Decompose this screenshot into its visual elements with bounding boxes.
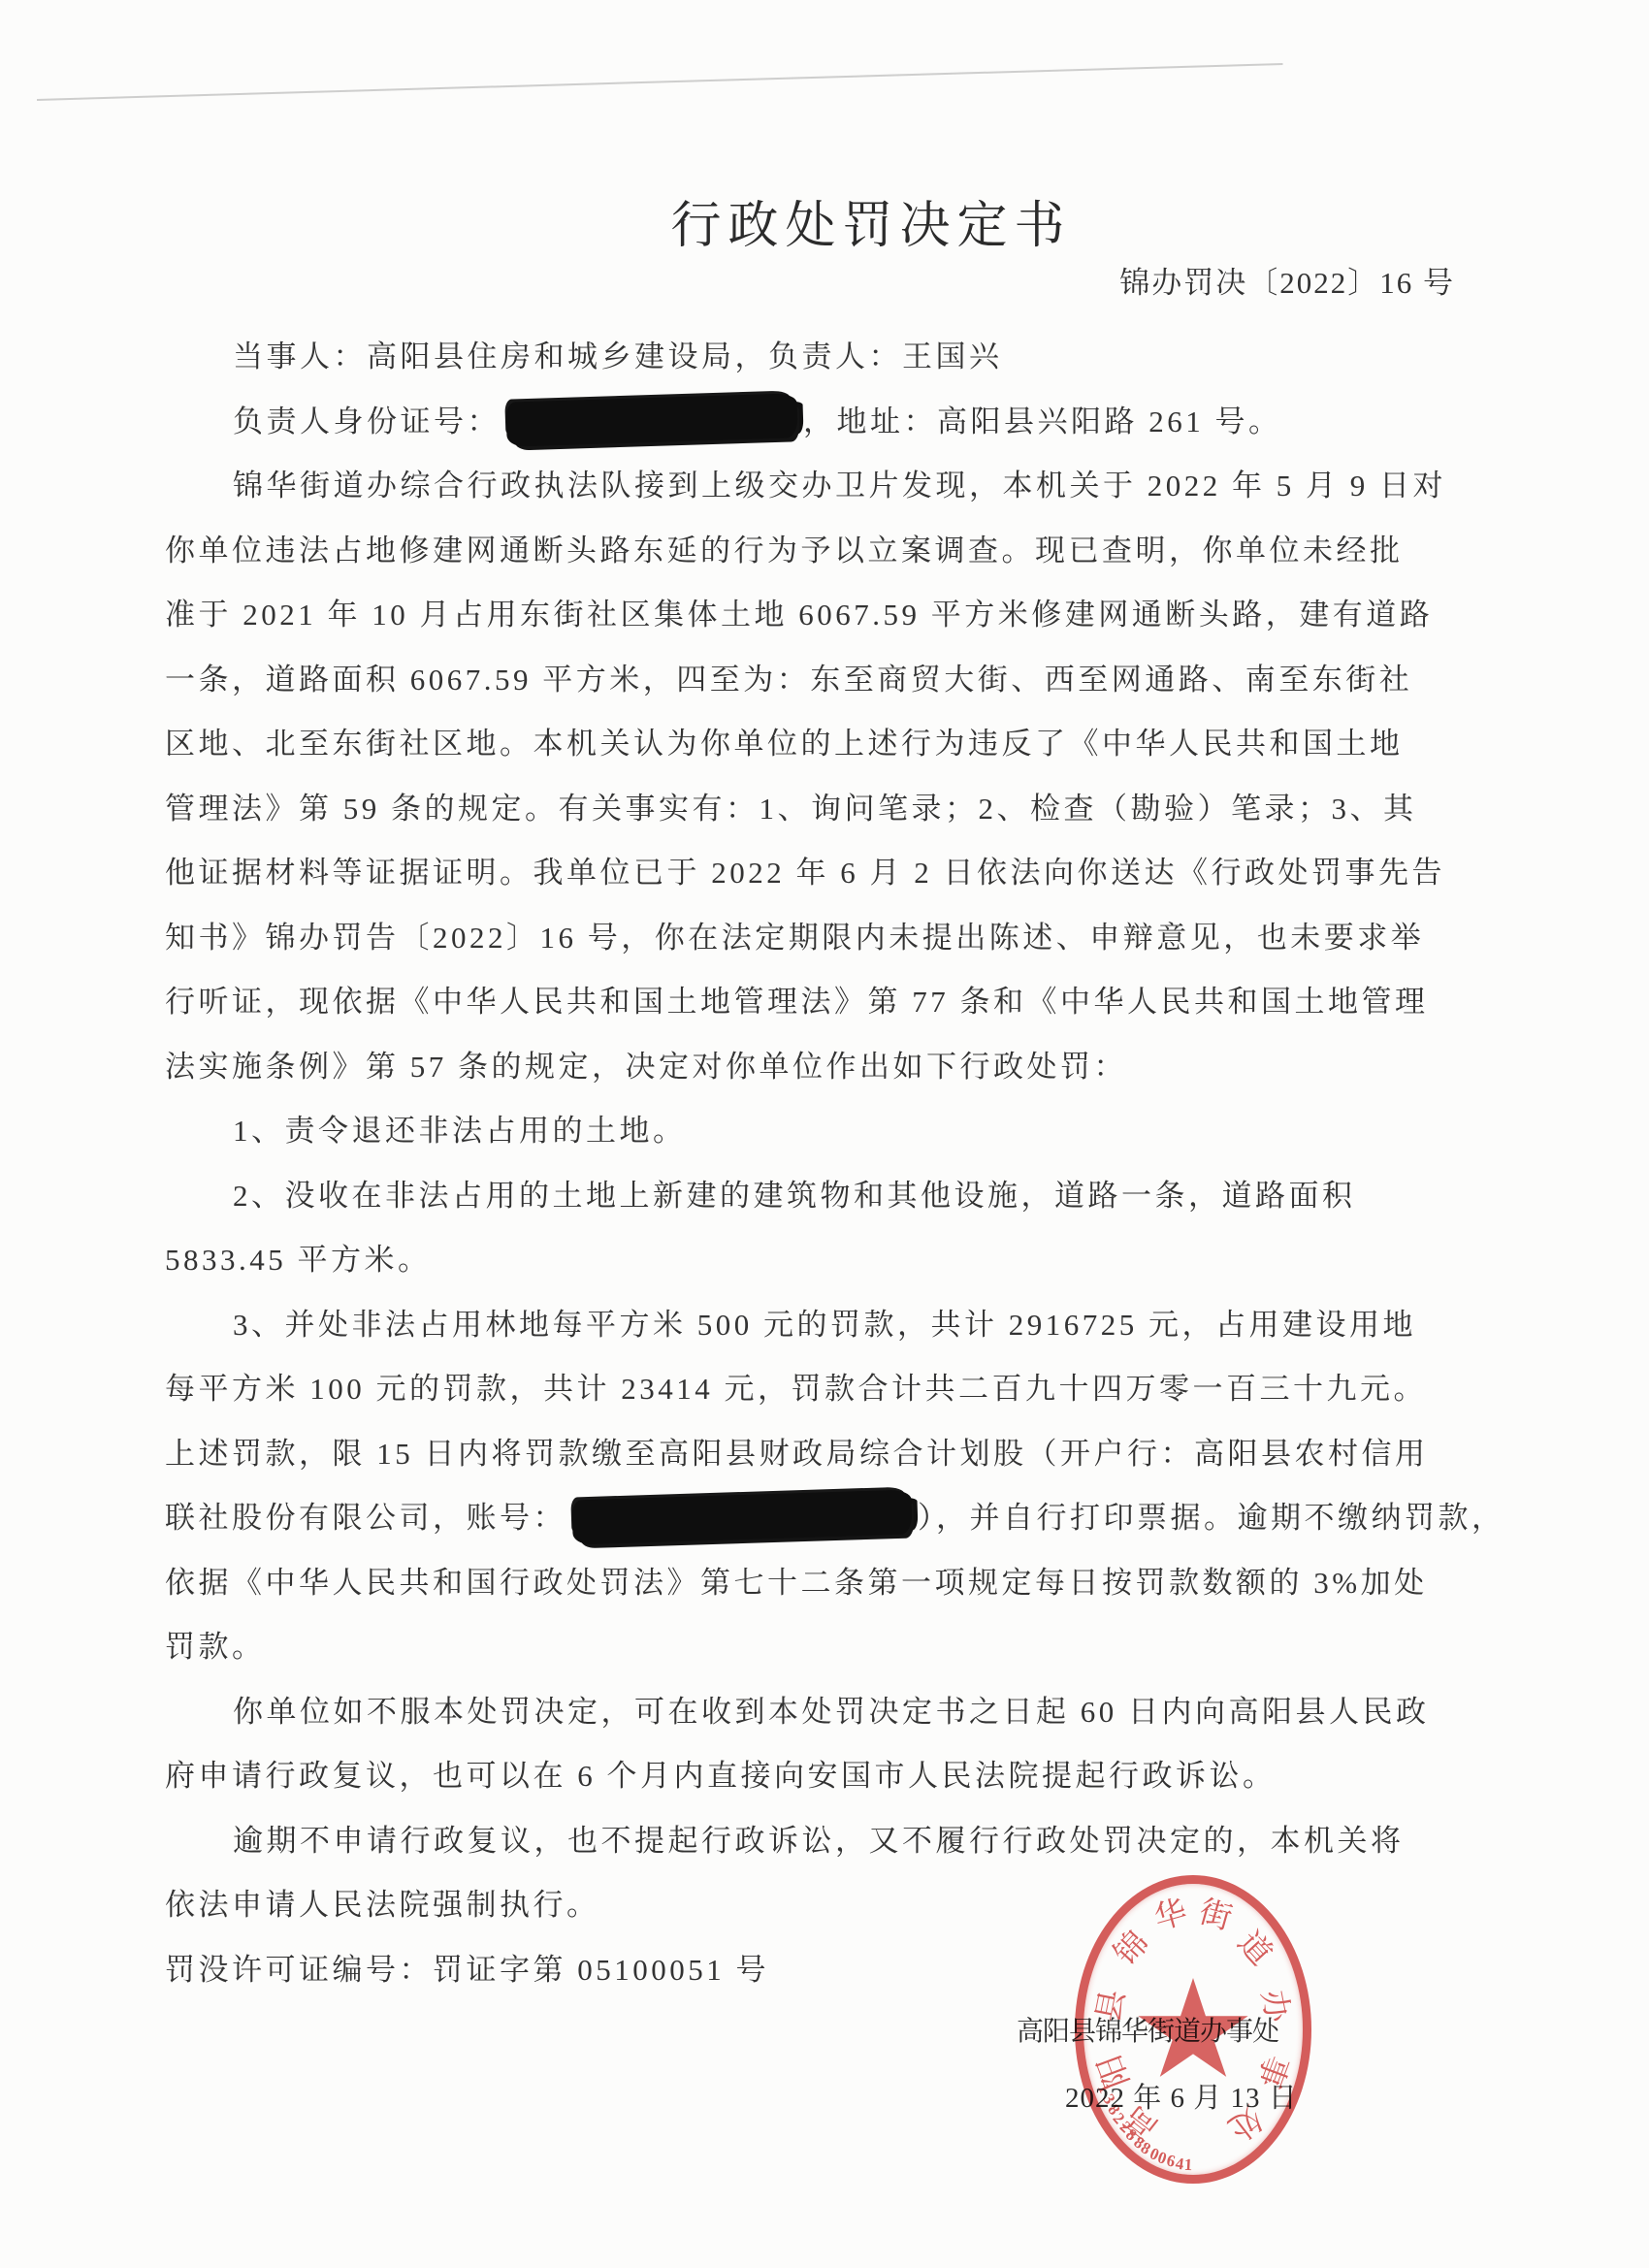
body-text-segment: 区地、北至东街社区地。本机关认为你单位的上述行为违反了《中华人民共和国土地 [165,727,1404,761]
body-text-segment: 行听证，现依据《中华人民共和国土地管理法》第 77 条和《中华人民共和国土地管理 [165,985,1429,1019]
body-text-segment: 准于 2021 年 10 月占用东街社区集体土地 6067.59 平方米修建网通… [165,598,1433,632]
document-body: 当事人：高阳县住房和城乡建设局，负责人：王国兴负责人身份证号：，地址：高阳县兴阳… [165,325,1496,2002]
body-text-segment: 知书》锦办罚告〔2022〕16 号，你在法定期限内未提出陈述、申辩意见，也未要求… [165,921,1424,955]
body-line: 上述罚款，限 15 日内将罚款缴至高阳县财政局综合计划股（开户行：高阳县农村信用 [165,1422,1496,1487]
body-line: 1、责令退还非法占用的土地。 [165,1099,1496,1164]
body-line: 5833.45 平方米。 [165,1228,1496,1293]
body-text-segment: 2、没收在非法占用的土地上新建的建筑物和其他设施，道路一条，道路面积 [233,1179,1356,1213]
body-text-segment: 你单位违法占地修建网通断头路东延的行为予以立案调查。现已查明，你单位未经批 [165,534,1404,567]
body-line: 法实施条例》第 57 条的规定，决定对你单位作出如下行政处罚： [165,1035,1496,1100]
body-text-segment: 负责人身份证号： [233,405,501,438]
body-text-segment: 一条，道路面积 6067.59 平方米，四至为：东至商贸大街、西至网通路、南至东… [165,663,1412,697]
body-text-segment: 罚款。 [165,1630,266,1664]
body-text-segment: 上述罚款，限 15 日内将罚款缴至高阳县财政局综合计划股（开户行：高阳县农村信用 [165,1437,1429,1471]
body-text-segment: 1、责令退还非法占用的土地。 [233,1114,687,1148]
body-line: 一条，道路面积 6067.59 平方米，四至为：东至商贸大街、西至网通路、南至东… [165,648,1496,713]
body-line: 他证据材料等证据证明。我单位已于 2022 年 6 月 2 日依法向你送达《行政… [165,841,1496,906]
body-text-segment: 依据《中华人民共和国行政处罚法》第七十二条第一项规定每日按罚款数额的 3%加处 [165,1566,1428,1600]
body-text-segment: 府申请行政复议，也可以在 6 个月内直接向安国市人民法院提起行政诉讼。 [165,1759,1277,1793]
redaction-mark [505,394,797,447]
body-text-segment: 锦华街道办综合行政执法队接到上级交办卫片发现，本机关于 2022 年 5 月 9… [233,469,1446,502]
body-text-segment: ），并自行打印票据。逾期不缴纳罚款， [918,1501,1505,1535]
body-line: 锦华街道办综合行政执法队接到上级交办卫片发现，本机关于 2022 年 5 月 9… [165,454,1496,519]
body-line: 府申请行政复议，也可以在 6 个月内直接向安国市人民法院提起行政诉讼。 [165,1744,1496,1809]
body-text-segment: 罚没许可证编号：罚证字第 05100051 号 [165,1953,769,1987]
body-line: 知书》锦办罚告〔2022〕16 号，你在法定期限内未提出陈述、申辩意见，也未要求… [165,906,1496,971]
body-text-segment: 3、并处非法占用林地每平方米 500 元的罚款，共计 2916725 元，占用建… [233,1308,1416,1342]
body-text-segment: 管理法》第 59 条的规定。有关事实有：1、询问笔录；2、检查（勘验）笔录；3、… [165,792,1417,826]
body-text-segment: 逾期不申请行政复议，也不提起行政诉讼，又不履行行政处罚决定的，本机关将 [233,1824,1405,1858]
body-line: 3、并处非法占用林地每平方米 500 元的罚款，共计 2916725 元，占用建… [165,1293,1496,1358]
scan-edge-artifact [37,63,1283,101]
body-line: 罚款。 [165,1615,1496,1680]
document-page: 行政处罚决定书 锦办罚决〔2022〕16 号 当事人：高阳县住房和城乡建设局，负… [0,0,1649,2268]
body-text-segment: 5833.45 平方米。 [165,1243,432,1277]
body-line: 负责人身份证号：，地址：高阳县兴阳路 261 号。 [165,390,1496,455]
seal-ring-char: 县 [1090,1986,1131,2026]
body-text-segment: 法实施条例》第 57 条的规定，决定对你单位作出如下行政处罚： [165,1050,1127,1084]
body-line: 当事人：高阳县住房和城乡建设局，负责人：王国兴 [165,325,1496,390]
official-seal: 高阳县锦华街道办事处1382288800641 [1075,1875,1311,2184]
body-line: 你单位违法占地修建网通断头路东延的行为予以立案调查。现已查明，你单位未经批 [165,519,1496,584]
seal-serial-digit: 1 [1180,2156,1196,2173]
body-line: 区地、北至东街社区地。本机关认为你单位的上述行为违反了《中华人民共和国土地 [165,712,1496,777]
body-line: 准于 2021 年 10 月占用东街社区集体土地 6067.59 平方米修建网通… [165,583,1496,648]
body-line: 行听证，现依据《中华人民共和国土地管理法》第 77 条和《中华人民共和国土地管理 [165,970,1496,1035]
redaction-mark [571,1489,912,1544]
body-line: 你单位如不服本处罚决定，可在收到本处罚决定书之日起 60 日内向高阳县人民政 [165,1680,1496,1745]
document-title: 行政处罚决定书 [0,184,1649,257]
body-text-segment: 他证据材料等证据证明。我单位已于 2022 年 6 月 2 日依法向你送达《行政… [165,856,1445,890]
body-line: 依据《中华人民共和国行政处罚法》第七十二条第一项规定每日按罚款数额的 3%加处 [165,1551,1496,1616]
body-line: 管理法》第 59 条的规定。有关事实有：1、询问笔录；2、检查（勘验）笔录；3、… [165,777,1496,842]
document-number: 锦办罚决〔2022〕16 号 [1119,258,1455,302]
seal-ring-char: 办 [1254,1986,1295,2026]
body-line: 每平方米 100 元的罚款，共计 23414 元，罚款合计共二百九十四万零一百三… [165,1357,1496,1422]
body-text-segment: 当事人：高阳县住房和城乡建设局，负责人：王国兴 [233,340,1003,373]
body-text-segment: 联社股份有限公司，账号： [165,1501,566,1535]
body-text-segment: ，地址：高阳县兴阳路 261 号。 [803,405,1282,438]
body-line: 逾期不申请行政复议，也不提起行政诉讼，又不履行行政处罚决定的，本机关将 [165,1809,1496,1874]
body-line: 联社股份有限公司，账号：），并自行打印票据。逾期不缴纳罚款， [165,1486,1496,1551]
body-text-segment: 每平方米 100 元的罚款，共计 23414 元，罚款合计共二百九十四万零一百三… [165,1372,1427,1406]
body-text-segment: 你单位如不服本处罚决定，可在收到本处罚决定书之日起 60 日内向高阳县人民政 [233,1695,1430,1729]
body-text-segment: 依法申请人民法院强制执行。 [165,1888,600,1922]
body-line: 2、没收在非法占用的土地上新建的建筑物和其他设施，道路一条，道路面积 [165,1164,1496,1229]
